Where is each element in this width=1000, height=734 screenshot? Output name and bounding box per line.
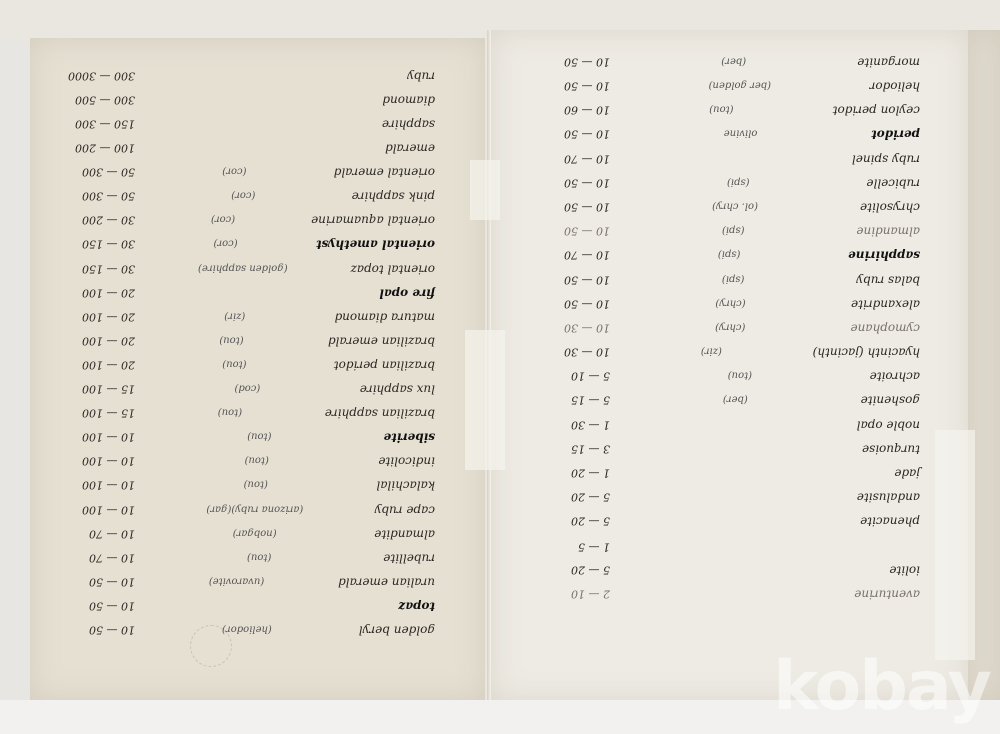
gem-entry: hyacinth (jacinth)(zir)10 — 30 xyxy=(530,334,920,358)
gem-name: heliodor xyxy=(870,80,920,92)
price-range: 5 — 20 xyxy=(530,516,610,527)
gem-entry: golden beryl(heliodor)10 — 50 xyxy=(55,612,435,636)
gem-name: matura diamond xyxy=(335,311,435,323)
gem-entry: brazilian peridot(tou)20 — 100 xyxy=(55,347,435,371)
price-range: 10 — 50 xyxy=(55,576,135,587)
price-range: 5 — 20 xyxy=(530,564,610,575)
gem-entry: 1 — 5 xyxy=(530,528,920,552)
gem-entry: iolite5 — 20 xyxy=(530,552,920,576)
gem-note: (tou) xyxy=(135,334,328,344)
gem-name: jade xyxy=(894,467,920,479)
gem-entry: phenacite5 — 20 xyxy=(530,504,920,528)
gem-note: (chry) xyxy=(610,321,851,331)
price-range: 10 — 50 xyxy=(530,201,610,212)
gem-name: ruby spinel xyxy=(852,153,920,165)
gem-entry: brazilian sapphire(tou)15 — 100 xyxy=(55,395,435,419)
gem-note: (ber) xyxy=(610,394,861,404)
gem-entry: andalusite5 — 20 xyxy=(530,479,920,503)
gem-note: (uvarovite) xyxy=(135,575,338,585)
gem-entry: almandine(spi)10 — 50 xyxy=(530,213,920,237)
price-range: 300 — 500 xyxy=(55,94,135,105)
gem-note: (spi) xyxy=(610,176,866,186)
gem-name: ruby xyxy=(407,70,435,82)
price-range: 10 — 100 xyxy=(55,504,135,515)
price-range: 10 — 50 xyxy=(530,298,610,309)
price-range: 300 — 3000 xyxy=(55,70,135,81)
gem-name: turquoise xyxy=(862,443,920,455)
gem-entry: ruby spinel10 — 70 xyxy=(530,141,920,165)
price-range: 5 — 20 xyxy=(530,492,610,503)
gem-entry: goshenite(ber)5 — 15 xyxy=(530,383,920,407)
gem-entry: oriental aquamarine(cor)30 — 200 xyxy=(55,203,435,227)
gem-entry: diamond300 — 500 xyxy=(55,82,435,106)
gem-name: cymophane xyxy=(851,322,921,334)
gem-note: (heliodor) xyxy=(135,623,359,633)
gem-note: (zir) xyxy=(610,345,813,355)
price-range: 30 — 200 xyxy=(55,215,135,226)
gem-name: peridot xyxy=(871,129,920,141)
gem-entry: sapphirine(spi)10 — 70 xyxy=(530,238,920,262)
gem-note: (tou) xyxy=(610,104,833,114)
gem-entry: indicolite(tou)10 — 100 xyxy=(55,444,435,468)
gem-note: (ber) xyxy=(610,55,857,65)
gem-name: achroite xyxy=(870,371,920,383)
gem-name: siberite xyxy=(384,432,435,444)
gem-note: (tou) xyxy=(135,431,384,441)
gem-note: (cor) xyxy=(135,214,311,224)
gem-entry: kalachilal(tou)10 — 100 xyxy=(55,468,435,492)
gem-entry: matura diamond(zir)20 — 100 xyxy=(55,299,435,323)
gem-name: morganite xyxy=(857,56,920,68)
price-range: 10 — 50 xyxy=(530,177,610,188)
gem-note: (zir) xyxy=(135,310,335,320)
gem-entry: chrysolite(ol. chry)10 — 50 xyxy=(530,189,920,213)
gem-note: (ol. chry) xyxy=(610,200,860,210)
gem-note: olivine xyxy=(610,128,871,138)
gem-name: sapphirine xyxy=(848,250,920,262)
gem-name: oriental emerald xyxy=(334,166,435,178)
gem-name: alexandrite xyxy=(851,298,920,310)
gem-entry: cymophane(chry)10 — 30 xyxy=(530,310,920,334)
gem-entry: turquoise3 — 15 xyxy=(530,431,920,455)
gem-name: sapphire xyxy=(382,118,435,130)
price-range: 10 — 50 xyxy=(530,56,610,67)
price-range: 5 — 10 xyxy=(530,371,610,382)
gem-name: hyacinth (jacinth) xyxy=(813,346,920,358)
gem-name: andalusite xyxy=(857,492,920,504)
price-range: 2 — 10 xyxy=(530,588,610,599)
price-range: 10 — 50 xyxy=(530,80,610,91)
gem-entry: ceylon peridot(tou)10 — 60 xyxy=(530,92,920,116)
gem-entry: oriental amethyst(cor)30 — 150 xyxy=(55,227,435,251)
gem-entry: pink sapphire(cor)50 — 300 xyxy=(55,178,435,202)
gem-note: (cor) xyxy=(135,190,352,200)
gem-name: oriental topaz xyxy=(351,263,435,275)
price-range: 20 — 100 xyxy=(55,311,135,322)
price-range: 1 — 20 xyxy=(530,467,610,478)
gem-name: golden beryl xyxy=(359,624,435,636)
price-range: 50 — 300 xyxy=(55,166,135,177)
price-range: 20 — 100 xyxy=(55,359,135,370)
gem-name: indicolite xyxy=(378,456,435,468)
gem-name: balas ruby xyxy=(856,274,920,286)
gem-name: noble opal xyxy=(857,419,920,431)
gem-entry: topaz10 — 50 xyxy=(55,588,435,612)
gem-name: iolite xyxy=(889,564,920,576)
gem-entry: emerald100 — 200 xyxy=(55,130,435,154)
tape-strip xyxy=(465,330,505,470)
gem-entry: ruby300 — 3000 xyxy=(55,58,435,82)
gem-entry: oriental emerald(cor)50 — 300 xyxy=(55,154,435,178)
price-range: 10 — 50 xyxy=(55,600,135,611)
gem-entry: alexandrite(chry)10 — 50 xyxy=(530,286,920,310)
price-range: 10 — 30 xyxy=(530,346,610,357)
gem-entry: siberite(tou)10 — 100 xyxy=(55,419,435,443)
price-range: 5 — 15 xyxy=(530,395,610,406)
price-range: 15 — 100 xyxy=(55,407,135,418)
gem-entry: peridotolivine10 — 50 xyxy=(530,117,920,141)
gem-note: (ber golden) xyxy=(610,79,870,89)
gem-note: (tou) xyxy=(135,479,376,489)
gem-entry: noble opal1 — 30 xyxy=(530,407,920,431)
gem-note: (cod) xyxy=(135,382,360,392)
gem-name: cape ruby xyxy=(375,504,435,516)
gem-name: almandite xyxy=(374,528,435,540)
gem-name: chrysolite xyxy=(860,201,920,213)
gem-note: (spi) xyxy=(610,273,856,283)
price-range: 10 — 70 xyxy=(530,250,610,261)
gem-entry: heliodor(ber golden)10 — 50 xyxy=(530,68,920,92)
price-range: 50 — 300 xyxy=(55,191,135,202)
gem-name: emerald xyxy=(385,142,435,154)
gem-entry: oriental topaz(golden sapphire)30 — 150 xyxy=(55,251,435,275)
price-range: 10 — 70 xyxy=(55,552,135,563)
price-range: 15 — 100 xyxy=(55,383,135,394)
price-range: 20 — 100 xyxy=(55,335,135,346)
left-gem-list: golden beryl(heliodor)10 — 50topaz10 — 5… xyxy=(55,58,435,636)
price-range: 10 — 50 xyxy=(530,129,610,140)
gem-entry: balas ruby(spi)10 — 50 xyxy=(530,262,920,286)
price-range: 150 — 300 xyxy=(55,118,135,129)
gem-entry: achroite(tou)5 — 10 xyxy=(530,358,920,382)
price-range: 30 — 150 xyxy=(55,239,135,250)
gem-note: (golden sapphire) xyxy=(135,262,351,272)
price-range: 3 — 15 xyxy=(530,443,610,454)
gem-name: kalachilal xyxy=(376,480,435,492)
gem-entry: brazilian emerald(tou)20 — 100 xyxy=(55,323,435,347)
gem-name: phenacite xyxy=(860,516,920,528)
gem-name: pink sapphire xyxy=(352,191,435,203)
gem-entry: rubicelle(spi)10 — 50 xyxy=(530,165,920,189)
price-range: 10 — 70 xyxy=(530,153,610,164)
price-range: 10 — 60 xyxy=(530,105,610,116)
gem-entry: cape ruby(arizona ruby)(gar)10 — 100 xyxy=(55,492,435,516)
gem-name: topaz xyxy=(398,600,435,612)
gem-name: oriental amethyst xyxy=(316,239,435,251)
gem-note: (tou) xyxy=(135,406,325,416)
gem-name: rubellite xyxy=(383,552,435,564)
gem-entry: rubellite(tou)10 — 70 xyxy=(55,540,435,564)
tape-strip xyxy=(470,160,500,220)
price-range: 10 — 70 xyxy=(55,528,135,539)
gem-name: aventurine xyxy=(854,588,920,600)
price-range: 10 — 100 xyxy=(55,432,135,443)
gem-entry: lux sapphire(cod)15 — 100 xyxy=(55,371,435,395)
price-range: 1 — 30 xyxy=(530,419,610,430)
right-gem-list: aventurine2 — 10iolite5 — 201 — 5phenaci… xyxy=(530,44,920,600)
gem-note: (cor) xyxy=(135,165,334,175)
gem-entry: fire opal20 — 100 xyxy=(55,275,435,299)
price-range: 20 — 100 xyxy=(55,287,135,298)
gem-note: (nobgar) xyxy=(135,527,374,537)
gem-note: (cor) xyxy=(135,238,316,248)
gem-note: (tou) xyxy=(135,551,383,561)
price-range: 1 — 5 xyxy=(530,541,610,552)
price-range: 100 — 200 xyxy=(55,142,135,153)
gem-note: (spi) xyxy=(610,225,856,235)
gem-name: ceylon peridot xyxy=(833,105,920,117)
gem-note: (tou) xyxy=(610,370,870,380)
price-range: 10 — 100 xyxy=(55,480,135,491)
price-range: 10 — 50 xyxy=(530,226,610,237)
gem-note: (spi) xyxy=(610,249,848,259)
gem-name: brazilian sapphire xyxy=(325,407,435,419)
gem-name: diamond xyxy=(382,94,435,106)
gem-entry: jade1 — 20 xyxy=(530,455,920,479)
gem-name: fire opal xyxy=(379,287,435,299)
price-range: 10 — 30 xyxy=(530,322,610,333)
watermark: kobay xyxy=(773,647,990,726)
price-range: 10 — 50 xyxy=(55,624,135,635)
gem-entry: morganite(ber)10 — 50 xyxy=(530,44,920,68)
gem-note: (chry) xyxy=(610,297,851,307)
gem-note: (tou) xyxy=(135,358,334,368)
gem-entry: aventurine2 — 10 xyxy=(530,576,920,600)
gem-name: goshenite xyxy=(861,395,920,407)
gem-name: almandine xyxy=(856,226,920,238)
gem-name: lux sapphire xyxy=(360,383,435,395)
gem-name: brazilian emerald xyxy=(328,335,435,347)
gem-note: (tou) xyxy=(135,455,378,465)
gem-name: brazilian peridot xyxy=(334,359,435,371)
gem-name: oriental aquamarine xyxy=(311,215,435,227)
gem-name: uralian emerald xyxy=(338,576,435,588)
gem-entry: almandite(nobgar)10 — 70 xyxy=(55,516,435,540)
gem-entry: sapphire150 — 300 xyxy=(55,106,435,130)
tape-strip xyxy=(935,430,975,660)
gem-note: (arizona ruby)(gar) xyxy=(135,503,375,513)
price-range: 10 — 100 xyxy=(55,456,135,467)
price-range: 10 — 50 xyxy=(530,274,610,285)
price-range: 30 — 150 xyxy=(55,263,135,274)
gem-entry: uralian emerald(uvarovite)10 — 50 xyxy=(55,564,435,588)
gem-name: rubicelle xyxy=(866,177,920,189)
